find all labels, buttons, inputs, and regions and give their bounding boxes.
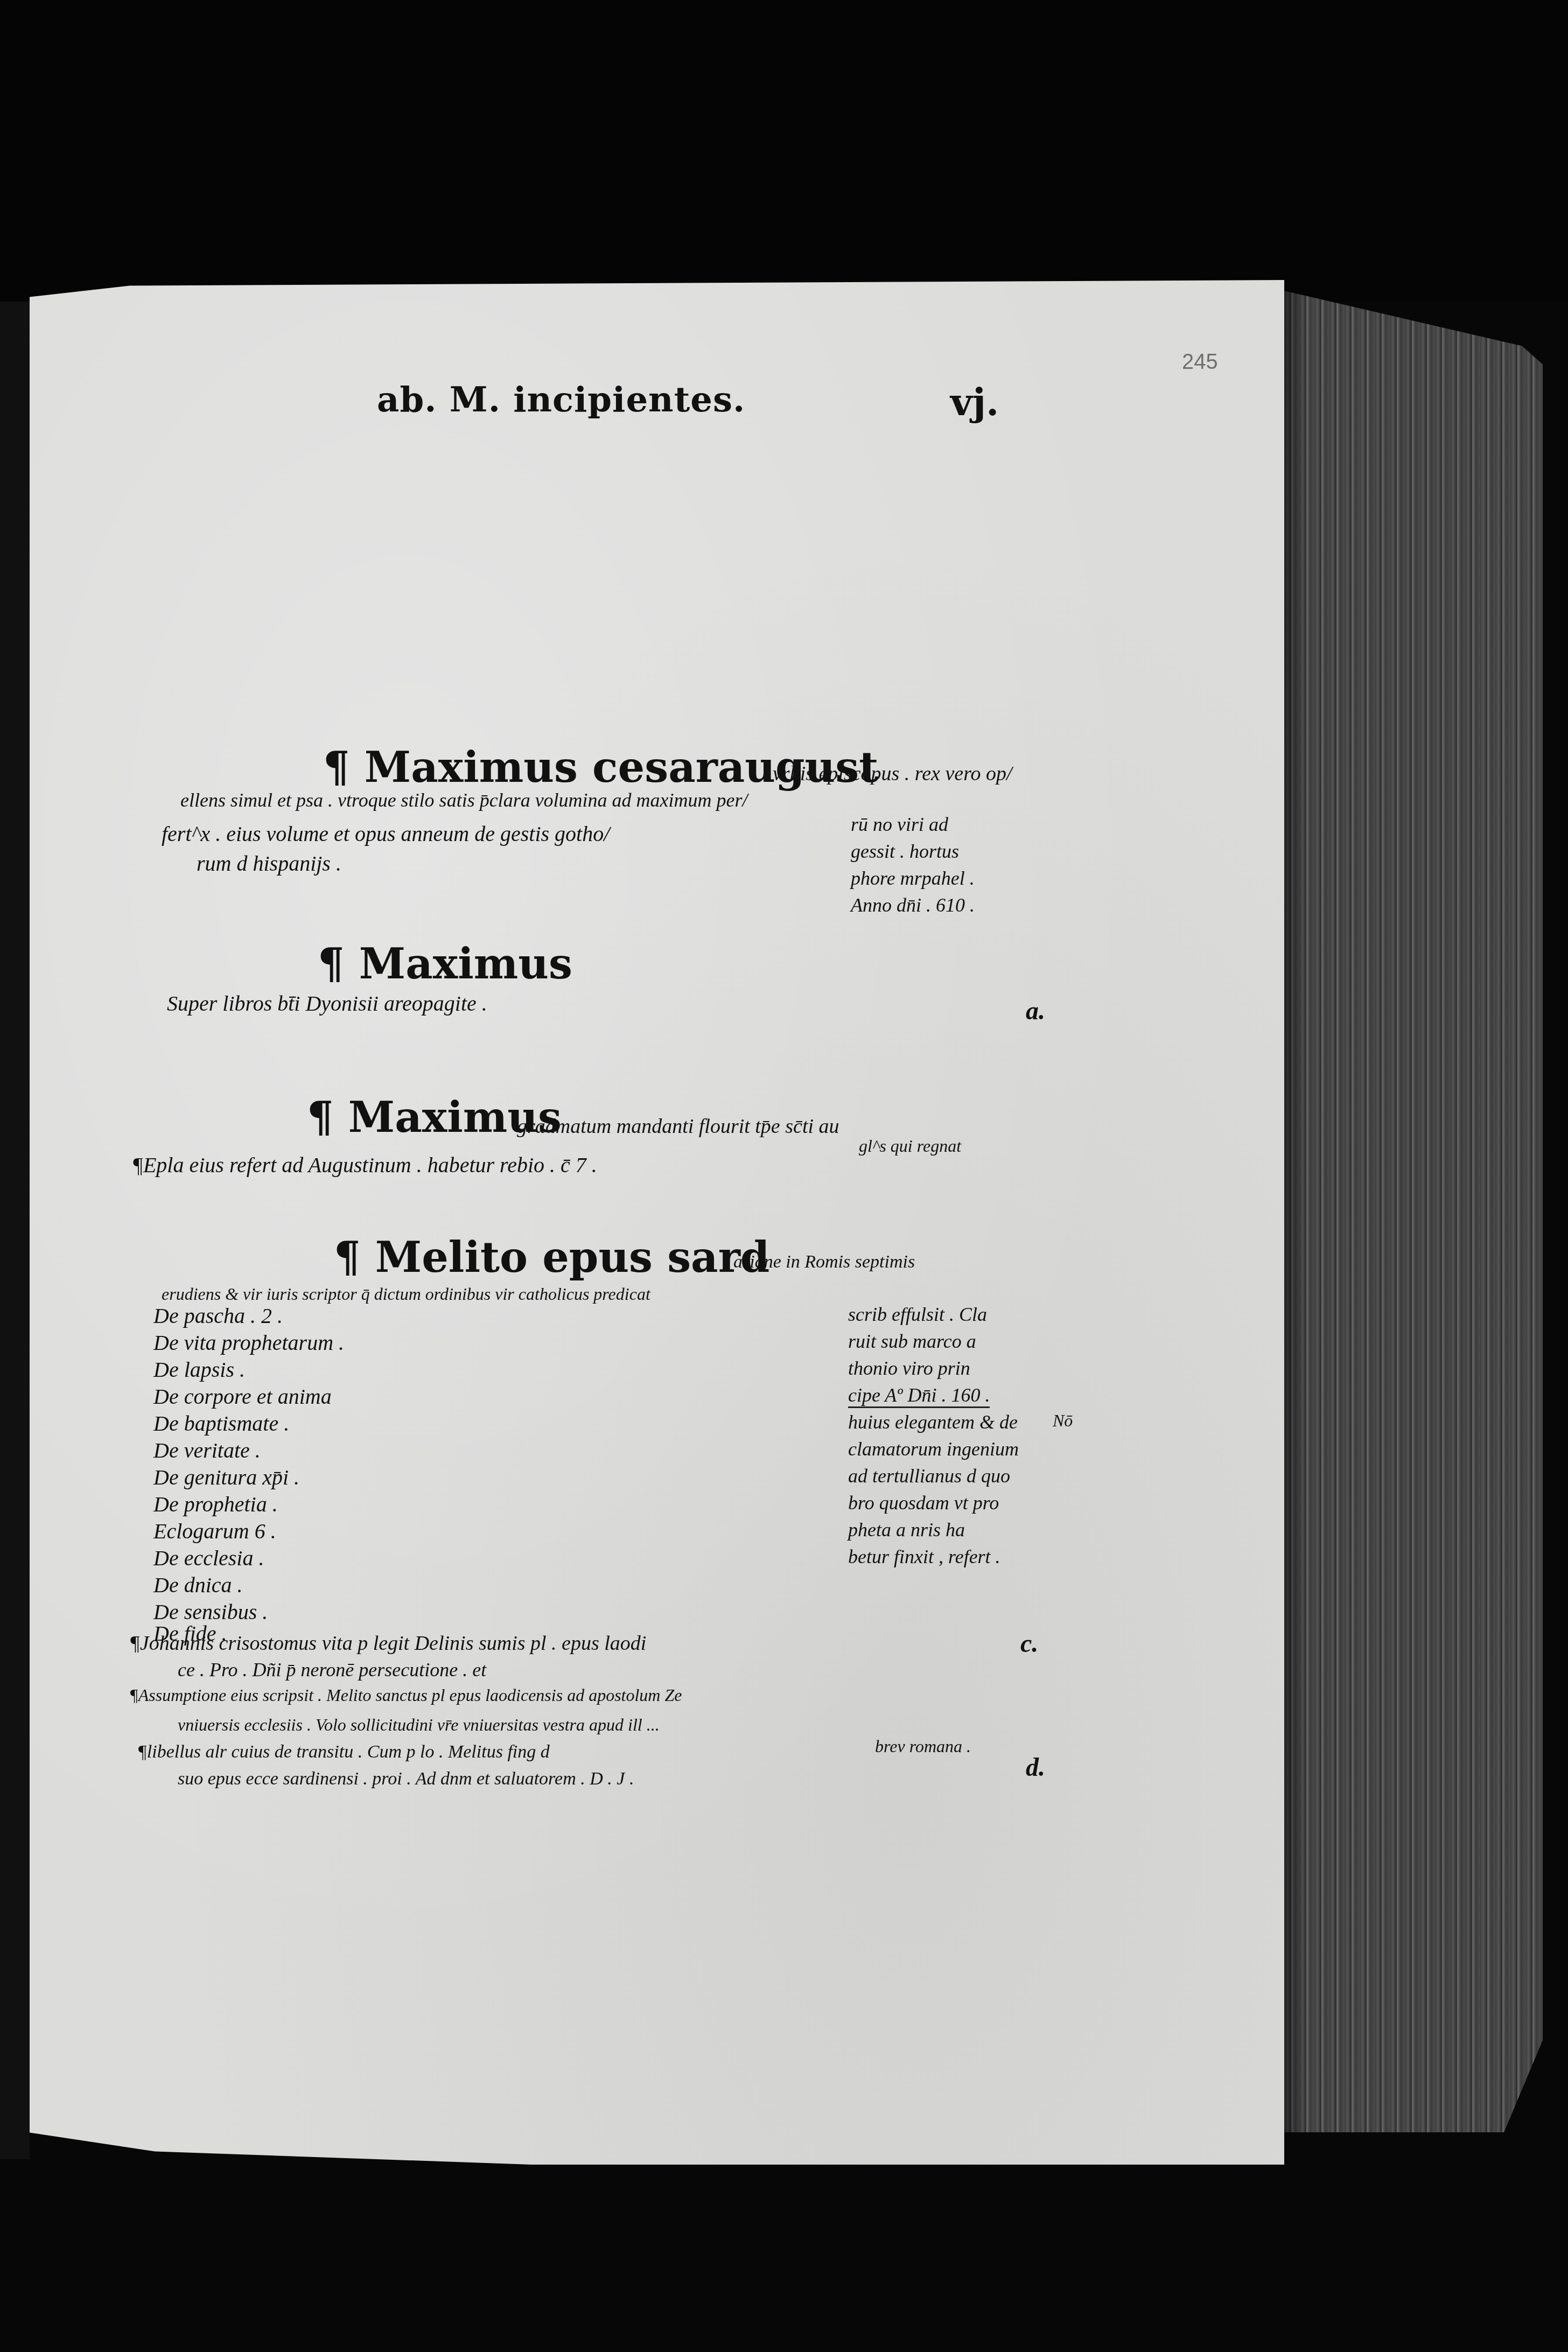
pilcrow-icon: ¶ [323, 743, 350, 792]
margin-closing-note: brev romana . [875, 1737, 971, 1756]
work-item: De veritate . [153, 1438, 261, 1463]
book-fore-edge [1284, 291, 1543, 2132]
paper-texture [30, 280, 1284, 2165]
margin-note-line: Anno dn̄i . 610 . [851, 894, 975, 916]
margin-note-line: huius elegantem & de [848, 1411, 1018, 1433]
margin-note-line: phore mrpahel . [851, 867, 975, 890]
margin-note-line: ruit sub marco a [848, 1330, 976, 1353]
work-item: De baptismate . [153, 1411, 289, 1436]
work-item: De vita prophetarum . [153, 1330, 344, 1355]
margin-note-line: betur finxit , refert . [848, 1545, 1000, 1568]
margin-note-line: bro quosdam vt pro [848, 1492, 999, 1514]
work-item: De lapsis . [153, 1357, 245, 1382]
work-item: De dnica . [153, 1572, 243, 1598]
work-item: De genitura xp̄i . [153, 1465, 299, 1490]
margin-note-line: pheta a nris ha [848, 1518, 965, 1541]
pilcrow-icon: ¶ [318, 940, 345, 989]
margin-note-line: cipe Aº Dn̄i . 160 . [848, 1384, 990, 1408]
work-item: De ecclesia . [153, 1545, 264, 1571]
entry-line: rum d hispanijs . [197, 851, 341, 876]
author-name: Melito epus sard [375, 1233, 769, 1282]
closing-line: suo epus ecce sardinensi . proi . Ad dnm… [178, 1769, 634, 1789]
pencil-folio-number: 245 [1182, 350, 1218, 374]
marginal-letter-c: c. [1020, 1629, 1038, 1658]
entry-line: . asiane in Romis septimis [724, 1252, 915, 1272]
entry-line: vrbis episcopus . rex vero op/ [773, 762, 1012, 786]
author-name: Maximus [359, 940, 572, 989]
margin-note-line: thonio viro prin [848, 1357, 970, 1380]
dark-background-top [0, 0, 1568, 302]
work-item: De prophetia . [153, 1492, 278, 1517]
entry-heading: ¶ Melito epus sard [334, 1233, 769, 1282]
manuscript-page [30, 280, 1284, 2165]
marginal-letter-d: d. [1026, 1753, 1045, 1782]
fore-edge-shadow [1284, 291, 1306, 2132]
margin-note-line: clamatorum ingenium [848, 1438, 1019, 1460]
marginal-letter-a: a. [1026, 996, 1045, 1026]
entry-line: gl^s qui regnat [859, 1136, 961, 1156]
margin-note-line: ad tertullianus d quo [848, 1465, 1010, 1487]
entry-line: ¶Epla eius refert ad Augustinum . habetu… [132, 1152, 597, 1178]
work-item: De pascha . 2 . [153, 1303, 283, 1328]
entry-line: ellens simul et psa . vtroque stilo sati… [180, 789, 748, 811]
margin-note-line: rū no viri ad [851, 813, 948, 836]
pilcrow-icon: ¶ [334, 1233, 361, 1282]
closing-line: ¶libellus alr cuius de transitu . Cum p … [137, 1742, 550, 1762]
margin-abbreviation: Nō [1053, 1411, 1073, 1431]
closing-line: ce . Pro . Dñi p̄ neronē persecutione . … [178, 1658, 486, 1681]
pilcrow-icon: ¶ [307, 1093, 334, 1142]
margin-note-line: gessit . hortus [851, 840, 959, 863]
closing-line: ¶Johannis crisostomus vita p legit Delin… [129, 1632, 646, 1655]
entry-line: gradmatum mandanti flourit tp̄e sc̄ti au [517, 1115, 839, 1138]
entry-line: fert^x . eius volume et opus anneum de g… [162, 821, 610, 846]
closing-line: ¶Assumptione eius scripsit . Melito sanc… [129, 1685, 682, 1705]
closing-line: vniuersis ecclesiis . Volo sollicitudini… [178, 1715, 660, 1735]
entry-line: Super libros bt̄i Dyonisii areopagite . [167, 991, 487, 1016]
margin-note-line: scrib effulsit . Cla [848, 1303, 987, 1326]
folio-number-roman: vj. [950, 380, 999, 424]
facing-page-edge [0, 302, 30, 2159]
work-item: De corpore et anima [153, 1384, 332, 1409]
entry-heading: ¶ Maximus [318, 940, 572, 989]
work-item: Eclogarum 6 . [153, 1518, 276, 1544]
entry-line: erudiens & vir iuris scriptor q̄ dictum … [162, 1284, 650, 1304]
running-title: ab. M. incipientes. [377, 380, 745, 420]
